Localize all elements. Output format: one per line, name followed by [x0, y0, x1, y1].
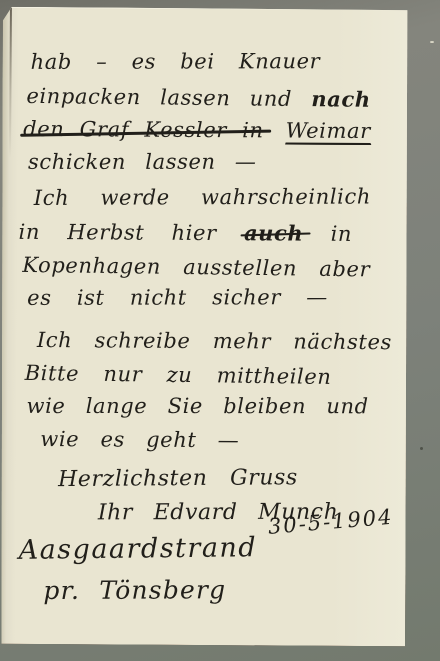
struck-through-text-graf-kessler: den Graf Kessler in: [23, 113, 264, 147]
letter-line-2-text: einpacken lassen und: [26, 84, 292, 111]
struck-through-word-auch: auch: [244, 216, 304, 249]
letter-line-12: wie es geht —: [40, 423, 394, 458]
letter-line-8: es ist nicht sicher —: [27, 281, 395, 315]
handwritten-letter-page: hab – es bei Knauer einpacken lassen und…: [0, 7, 409, 646]
closing-salutation: Herzlichsten Gruss: [58, 460, 394, 496]
letter-line-9: Ich schreibe mehr nächstes: [37, 324, 395, 359]
letter-line-6-end: in: [331, 222, 353, 246]
letter-line-3: den Graf Kessler inWeimar: [23, 113, 396, 148]
letter-body: hab – es bei Knauer einpacken lassen und…: [0, 8, 409, 646]
letter-line-4: schicken lassen —: [28, 146, 396, 179]
letter-line-1: hab – es bei Knauer: [31, 45, 397, 79]
dust-speck: [430, 41, 434, 43]
letter-line-11: wie lange Sie bleiben und: [26, 390, 394, 423]
underlined-word-weimar: Weimar: [286, 120, 371, 145]
photo-mount-background: hab – es bei Knauer einpacken lassen und…: [0, 0, 440, 661]
letter-line-6-text: in Herbst hier: [19, 220, 217, 245]
place-line-2: pr. Tönsberg: [43, 569, 393, 611]
letter-line-2: einpacken lassen und nach: [26, 79, 396, 117]
overwritten-word-nach: nach: [311, 86, 371, 112]
dust-speck: [420, 447, 423, 450]
letter-line-5: Ich werde wahrscheinlich: [34, 180, 396, 215]
letter-line-6: in Herbst hier auch in: [18, 215, 395, 251]
